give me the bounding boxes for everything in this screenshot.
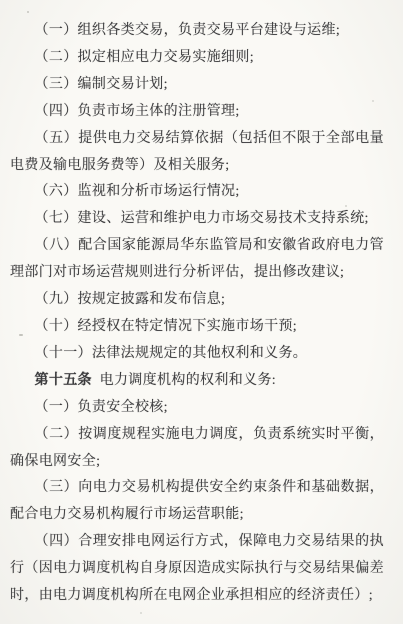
clause-paragraph: （八）配合国家能源局华东监管局和安徽省政府电力管理部门对市场运营规则进行分析评估… [10, 233, 384, 287]
clause-paragraph: （一）组织各类交易，负责交易平台建设与运维; [10, 18, 384, 45]
clause-paragraph: （十）经授权在特定情况下实施市场干预; [10, 314, 384, 341]
document-body: （一）组织各类交易，负责交易平台建设与运维;（二）拟定相应电力交易实施细则;（三… [10, 18, 384, 610]
clause-paragraph: （二）按调度规程实施电力调度，负责系统实时平衡，确保电网安全; [10, 422, 384, 476]
scan-speck [140, 612, 142, 614]
clause-paragraph: （十一）法律法规规定的其他权利和义务。 [10, 341, 384, 368]
article-number: 第十五条 [35, 373, 92, 388]
clause-paragraph: （三）编制交易计划; [10, 72, 384, 99]
clause-paragraph: （七）建设、运营和维护电力市场交易技术支持系统; [10, 206, 384, 233]
clause-paragraph: （四）负责市场主体的注册管理; [10, 99, 384, 126]
clause-paragraph: （五）提供电力交易结算依据（包括但不限于全部电量电费及输电服务费等）及相关服务; [10, 126, 384, 180]
clause-paragraph: （二）拟定相应电力交易实施细则; [10, 45, 384, 72]
scan-speck [27, 11, 29, 13]
article-heading: 第十五条电力调度机构的权利和义务: [10, 368, 384, 395]
clause-paragraph: （四）合理安排电网运行方式，保障电力交易结果的执行（因电力调度机构自身原因造成实… [10, 529, 384, 610]
clause-paragraph: （一）负责安全校核; [10, 395, 384, 422]
clause-paragraph: （九）按规定披露和发布信息; [10, 287, 384, 314]
document-page: （一）组织各类交易，负责交易平台建设与运维;（二）拟定相应电力交易实施细则;（三… [0, 0, 403, 624]
clause-paragraph: （六）监视和分析市场运行情况; [10, 179, 384, 206]
clause-paragraph: （三）向电力交易机构提供安全约束条件和基础数据，配合电力交易机构履行市场运营职能… [10, 475, 384, 529]
